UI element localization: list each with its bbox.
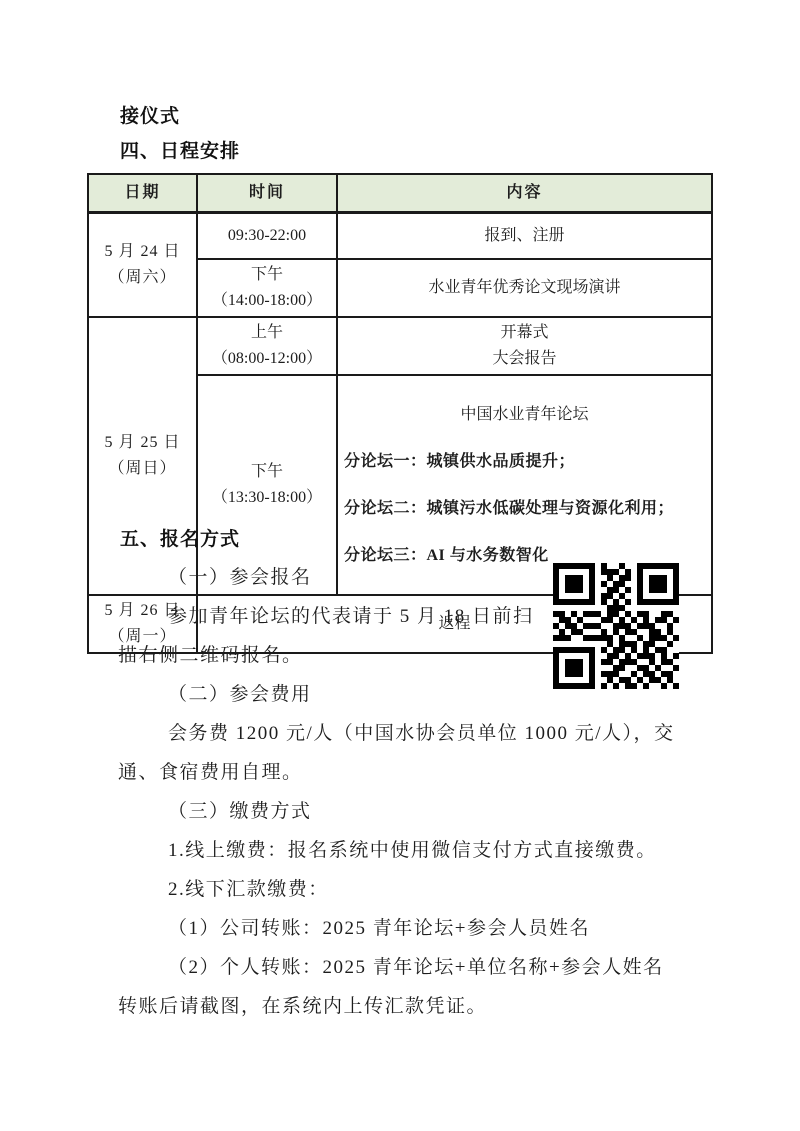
paragraph-personal-transfer: （2）个人转账：2025 青年论坛+单位名称+参会人姓名 转账后请截图，在系统内… [118, 948, 713, 1026]
cell-day1-slot2-content: 水业青年优秀论文现场演讲 [337, 259, 712, 317]
paragraph-offline-payment: 2.线下汇款缴费： [118, 870, 713, 909]
paragraph-scan-qr: 参加青年论坛的代表请于 5 月 18 日前扫 描右侧二维码报名。 [118, 597, 548, 675]
cell-day1-date: 5 月 24 日 （周六） [88, 213, 197, 317]
cell-day2-slot1-content: 开幕式 大会报告 [337, 317, 712, 375]
table-row: 5 月 24 日 （周六） 09:30-22:00 报到、注册 [88, 213, 712, 259]
table-row: 5 月 25 日 （周日） 上午 （08:00-12:00） 开幕式 大会报告 [88, 317, 712, 375]
forum-line-2: 分论坛二：城镇污水低碳处理与资源化利用； [341, 498, 708, 519]
paragraph-payment-heading: （三）缴费方式 [118, 792, 713, 831]
forum-line-1: 分论坛一：城镇供水品质提升； [341, 451, 708, 472]
header-date: 日期 [88, 174, 197, 213]
cell-day1-slot2-time: 下午 （14:00-18:00） [197, 259, 337, 317]
cell-day2-slot1-time: 上午 （08:00-12:00） [197, 317, 337, 375]
paragraph-company-transfer: （1）公司转账：2025 青年论坛+参会人员姓名 [118, 909, 713, 948]
cell-day1-slot1-content: 报到、注册 [337, 213, 712, 259]
forum-main-title: 中国水业青年论坛 [341, 404, 708, 425]
registration-section-heading: 五、报名方式 [120, 527, 240, 553]
pre-heading-text: 接仪式 [120, 104, 180, 130]
table-header-row: 日期 时间 内容 [88, 174, 712, 213]
schedule-section-heading: 四、日程安排 [120, 139, 240, 165]
header-time: 时间 [197, 174, 337, 213]
qr-code-image [553, 563, 679, 689]
cell-day1-slot1-time: 09:30-22:00 [197, 213, 337, 259]
header-content: 内容 [337, 174, 712, 213]
document-page: 接仪式 四、日程安排 日期 时间 内容 5 月 24 日 （周六） 09:30-… [0, 0, 800, 1131]
paragraph-online-payment: 1.线上缴费：报名系统中使用微信支付方式直接缴费。 [118, 831, 713, 870]
registration-qr-code [553, 563, 679, 689]
paragraph-fee-detail: 会务费 1200 元/人（中国水协会员单位 1000 元/人），交 通、食宿费用… [118, 714, 713, 792]
